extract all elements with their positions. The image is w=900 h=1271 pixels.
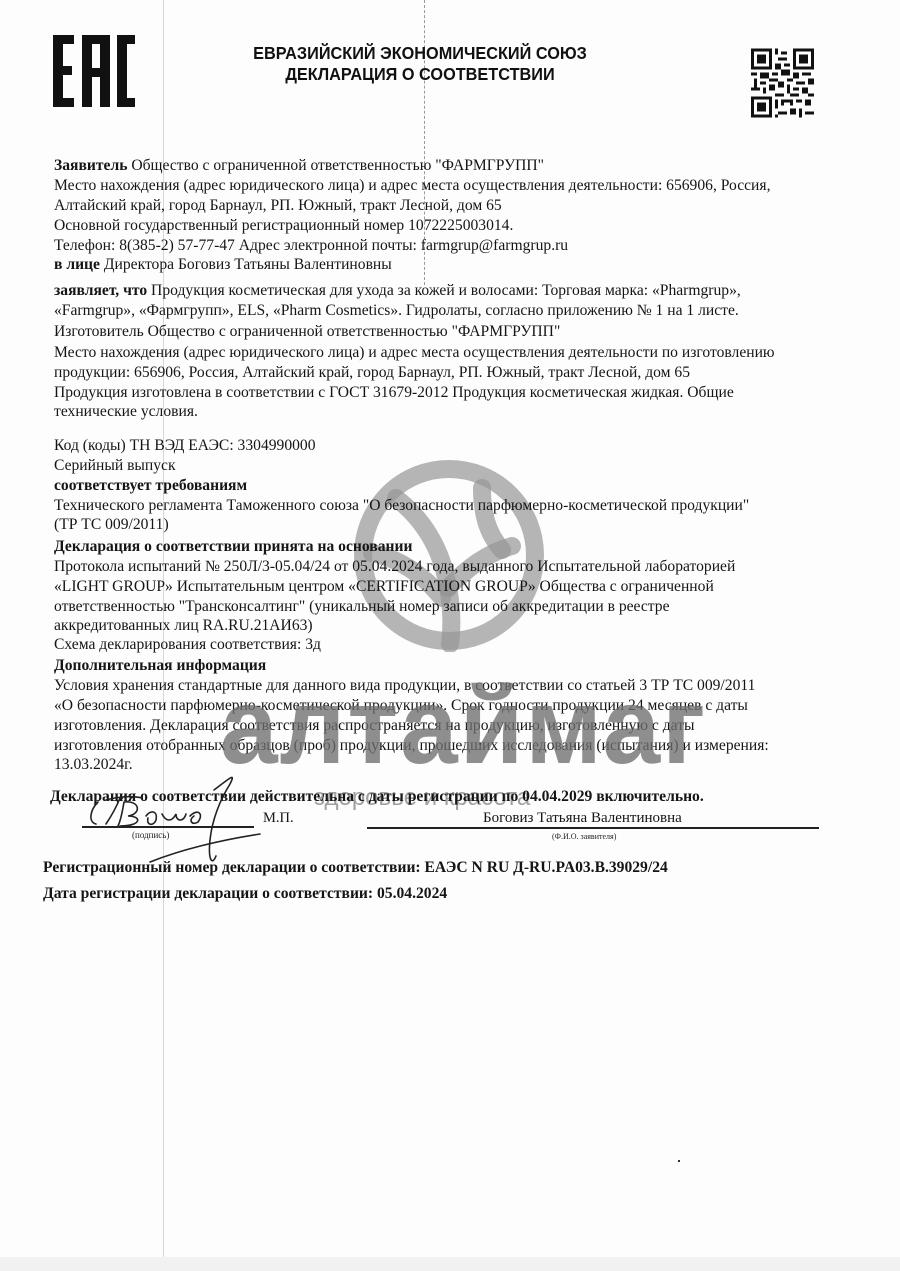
signature-caption: (подпись)	[132, 830, 169, 840]
scheme: Схема декларирования соответствия: 3д	[54, 635, 321, 654]
declaration-page: ЕВРАЗИЙСКИЙ ЭКОНОМИЧЕСКИЙ СОЮЗ ДЕКЛАРАЦИ…	[0, 0, 900, 1271]
standard-2: технические условия.	[54, 402, 198, 421]
applicant-label: Заявитель	[54, 157, 127, 174]
basis-3: ответственностью "Трансконсалтинг" (уник…	[54, 597, 670, 616]
union-title: ЕВРАЗИЙСКИЙ ЭКОНОМИЧЕСКИЙ СОЮЗ	[215, 43, 624, 64]
basis-heading: Декларация о соответствии принята на осн…	[54, 538, 412, 555]
regulation-2: (ТР ТС 009/2011)	[54, 515, 169, 534]
qr-code-icon	[751, 48, 814, 118]
applicant-ogrn: Основной государственный регистрационный…	[54, 216, 513, 235]
represented-by: Директора Боговиз Татьяны Валентиновны	[100, 256, 392, 273]
tn-ved-code: Код (коды) ТН ВЭД ЕАЭС: 3304990000	[54, 436, 316, 455]
complies-label: соответствует требованиям	[54, 476, 247, 495]
name-line	[367, 827, 819, 829]
regulation-1: Технического регламента Таможенного союз…	[54, 496, 749, 515]
mfr-address-2: продукции: 656906, Россия, Алтайский кра…	[54, 363, 690, 382]
applicant-name: Общество с ограниченной ответственностью…	[127, 157, 544, 174]
basis-2: «LIGHT GROUP» Испытательным центром «CER…	[54, 577, 714, 596]
applicant-address-1: Место нахождения (адрес юридического лиц…	[54, 176, 770, 195]
mfr-address-1: Место нахождения (адрес юридического лиц…	[54, 343, 775, 362]
signer-name: Боговиз Татьяна Валентиновна	[483, 809, 682, 828]
registration-number: Регистрационный номер декларации о соотв…	[43, 858, 668, 877]
registration-number-text: Регистрационный номер декларации о соотв…	[43, 859, 668, 876]
release-type: Серийный выпуск	[54, 456, 176, 475]
name-caption: (Ф.И.О. заявителя)	[552, 832, 616, 842]
represented-label: в лице	[54, 256, 100, 273]
watermark-brand: алтаймаг	[220, 672, 707, 780]
applicant-line: Заявитель Общество с ограниченной ответс…	[54, 156, 544, 175]
registration-date: Дата регистрации декларации о соответств…	[43, 884, 447, 903]
declares-line: заявляет, что Продукция косметическая дл…	[54, 281, 741, 300]
product-desc-1: Продукция косметическая для ухода за кож…	[147, 282, 741, 299]
registration-date-text: Дата регистрации декларации о соответств…	[43, 885, 447, 902]
scan-edge	[0, 1257, 900, 1271]
basis-label: Декларация о соответствии принята на осн…	[54, 537, 412, 556]
applicant-address-2: Алтайский край, город Барнаул, РП. Южный…	[54, 196, 502, 215]
applicant-contacts: Телефон: 8(385-2) 57-77-47 Адрес электро…	[54, 236, 568, 255]
declares-label: заявляет, что	[54, 282, 147, 299]
complies-heading: соответствует требованиям	[54, 477, 247, 494]
signature-line	[82, 826, 254, 828]
product-desc-2: «Farmgrup», «Фармгрупп», ELS, «Pharm Cos…	[54, 301, 739, 320]
eac-logo-icon	[53, 35, 135, 107]
signature-scribble	[80, 770, 280, 870]
document-header: ЕВРАЗИЙСКИЙ ЭКОНОМИЧЕСКИЙ СОЮЗ ДЕКЛАРАЦИ…	[215, 43, 624, 85]
basis-1: Протокола испытаний № 250Л/3-05.04/24 от…	[54, 557, 735, 576]
speck	[678, 1160, 680, 1162]
standard-1: Продукция изготовлена в соответствии с Г…	[54, 383, 734, 402]
represented-line: в лице Директора Боговиз Татьяны Валенти…	[54, 255, 392, 274]
stamp-label: М.П.	[263, 809, 294, 828]
manufacturer: Изготовитель Общество с ограниченной отв…	[54, 322, 560, 341]
document-title: ДЕКЛАРАЦИЯ О СООТВЕТСТВИИ	[215, 64, 624, 85]
basis-4: аккредитованных лиц RA.RU.21АИ63)	[54, 616, 313, 635]
